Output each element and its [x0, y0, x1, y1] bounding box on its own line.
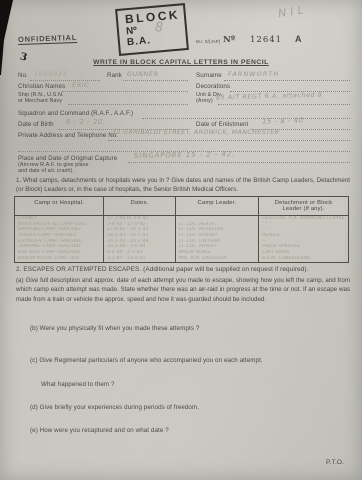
handwritten-nil: NIL [277, 3, 308, 20]
question-2b: (b) Were you physically fit when you mad… [30, 325, 199, 332]
stamp-handwritten-number: 8 [154, 20, 163, 35]
cell-dates: 2-3-45 - 18-8-45 [103, 256, 175, 262]
decorations-label: Decorations [196, 83, 230, 90]
capture-value: SINGAPORE 15 - 2 - 42. [134, 150, 235, 160]
unit-div-value: 85 A/T REGT R.A. attached 8 [216, 92, 323, 102]
date-of-birth-value: 6 - 2 - 20. [66, 118, 106, 126]
pto-label: P.T.O. [326, 459, 344, 466]
camps-table-body: CHANGI. 17-2-42 to 3-4-42 — LIEUT-COL. R… [15, 216, 348, 262]
cell-camp: NAKOM NAYOK CAMP THAI. [15, 256, 103, 262]
surname-label: Surname [196, 72, 222, 79]
capture-label-1: Place and Date of Original Capture [18, 155, 117, 162]
cell-block: B.S.M. CUMBERLAND [258, 256, 348, 262]
torn-corner [0, 0, 20, 100]
form-instruction: WRITE IN BLOCK CAPITAL LETTERS IN PENCIL [0, 59, 362, 66]
surname-value: FARNWORTH [228, 70, 279, 78]
scanned-pow-form: 3 ONFIDENTIAL BLOCK Nº B.A. 8 M.I. 9/(JA… [0, 0, 362, 480]
header-leader: Camp Leader. [175, 197, 258, 215]
header-dates: Dates. [103, 197, 175, 215]
capture-label-3: and date of a/c crash). [18, 168, 74, 174]
header-camp: Camp or Hospital. [15, 197, 103, 215]
question-2d: (d) Give briefly your experiences during… [30, 404, 199, 411]
enlistment-value: 15 - 8 - 40 [262, 116, 304, 125]
enlistment-label: Date of Enlistment [196, 121, 248, 128]
rank-label: Rank [107, 72, 122, 79]
question-2-heading: 2. ESCAPES OR ATTEMPTED ESCAPES. (Additi… [16, 266, 350, 273]
confidential-label: ONFIDENTIAL [18, 33, 78, 45]
no-label: No. [18, 72, 28, 79]
date-of-birth-label: Date of Birth [18, 121, 54, 128]
header-block-leader: Detachment or Block Leader (if any). [258, 197, 348, 215]
form-number-label: Nº [223, 35, 235, 45]
address-value: 32 GARIBALDI STREET, ARDWICK, MANCHESTER [112, 129, 279, 136]
cell-leader: MAJ. B.M. DAVIDSON [175, 256, 258, 262]
form-number-value: 12641 [250, 35, 282, 45]
no-value: 1606933 [34, 70, 67, 78]
unit-div-label-2: (Army) [196, 98, 213, 104]
table-row: NAKOM NAYOK CAMP THAI. 2-3-45 - 18-8-45 … [15, 256, 348, 262]
question-2c-followup: What happened to them ? [41, 381, 115, 388]
camps-table-header: Camp or Hospital. Dates. Camp Leader. De… [15, 197, 348, 216]
question-1: 1. What camps, detachments or hospitals … [16, 177, 350, 194]
question-2a: (a) Give full description and approx. da… [16, 276, 350, 304]
question-2c: (c) Give Regimental particulars of anyon… [30, 357, 263, 364]
rank-value: GUNNER [127, 70, 159, 78]
ship-label-2: or Merchant Navy [18, 98, 62, 104]
christian-names-value: ERIC [72, 81, 89, 89]
form-suffix: A [295, 34, 302, 44]
question-2e: (e) How were you recaptured and on what … [30, 427, 169, 434]
camps-table: Camp or Hospital. Dates. Camp Leader. De… [14, 196, 349, 263]
censor-stamp: BLOCK Nº B.A. 8 [115, 3, 189, 56]
squadron-label: Squadron and Command (R.A.F., A.A.F.) [18, 110, 133, 117]
address-label: Private Address and Telephone No. [18, 132, 118, 139]
ref-code: M.I. 9/(JAP) [196, 39, 220, 44]
christian-names-label: Christian Names [18, 83, 65, 90]
